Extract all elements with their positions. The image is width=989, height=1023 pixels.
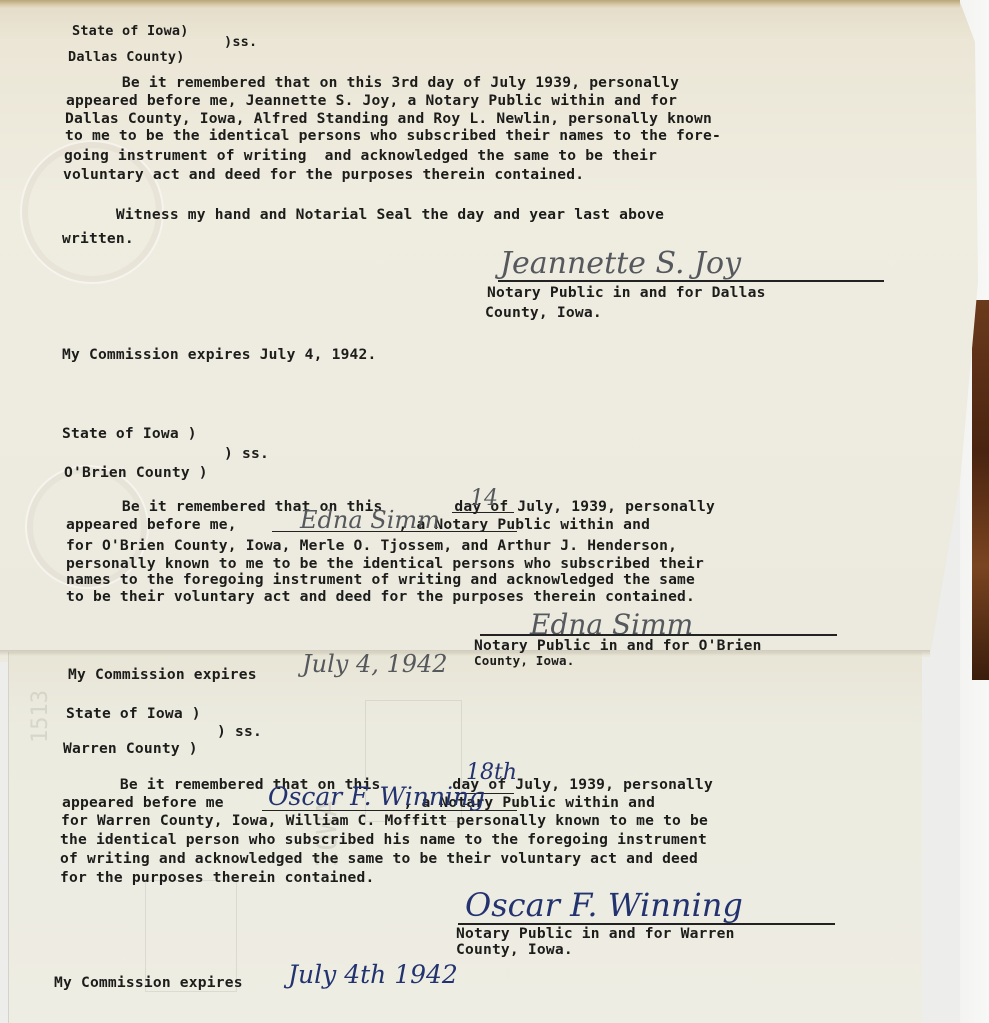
body-line: going instrument of writing and acknowle… <box>64 147 657 165</box>
body-line: names to the foregoing instrument of wri… <box>66 571 695 589</box>
body-line: appeared before me, Jeannette S. Joy, a … <box>66 92 677 110</box>
witness-line: written. <box>62 230 134 248</box>
notary-signature: Oscar F. Winning <box>465 886 743 924</box>
body-line: of writing and acknowledged the same to … <box>60 850 698 868</box>
handwritten-day: 14 <box>470 486 498 511</box>
body-line: Dallas County, Iowa, Alfred Standing and… <box>65 110 712 128</box>
body-line: Be it remembered that on this 3rd day of… <box>68 74 679 92</box>
notary-title: County, Iowa. <box>456 941 573 959</box>
bleed-through-stamp: 1513 <box>28 690 53 743</box>
body-line: for Warren County, Iowa, William C. Moff… <box>61 812 708 830</box>
body-line: for O'Brien County, Iowa, Merle O. Tjoss… <box>66 537 677 555</box>
commission-label: My Commission expires <box>68 666 257 684</box>
body-line: to be their voluntary act and deed for t… <box>66 588 695 606</box>
handwritten-notary-name: Oscar F. Winning <box>268 782 485 811</box>
venue-state: State of Iowa) <box>72 22 189 40</box>
body-line: to me to be the identical persons who su… <box>65 127 721 145</box>
commission-label: My Commission expires <box>54 974 243 992</box>
notary-title: Notary Public in and for Dallas <box>487 284 766 302</box>
blank-line-day <box>452 512 514 513</box>
handwritten-commission-date: July 4th 1942 <box>288 960 458 989</box>
venue-county: Dallas County) <box>68 48 185 66</box>
page-top-edge <box>0 0 960 8</box>
signature-line <box>480 634 837 636</box>
notary-title: County, Iowa. <box>485 304 602 322</box>
venue-ss: )ss. <box>224 33 257 51</box>
venue-county: O'Brien County ) <box>64 464 208 482</box>
body-line: the identical person who subscribed his … <box>60 831 707 849</box>
page-fold-shadow <box>0 650 930 656</box>
venue-ss: ) ss. <box>217 723 262 741</box>
body-line: voluntary act and deed for the purposes … <box>63 166 584 184</box>
venue-state: State of Iowa ) <box>66 705 201 723</box>
venue-state: State of Iowa ) <box>62 425 197 443</box>
witness-line: Witness my hand and Notarial Seal the da… <box>62 206 664 224</box>
handwritten-notary-name: Edna Simm <box>300 506 440 534</box>
body-line: for the purposes therein contained. <box>60 869 375 887</box>
wooden-table-edge <box>972 300 989 680</box>
notary-signature: Jeannette S. Joy <box>500 246 741 281</box>
notary-title: County, Iowa. <box>474 652 574 670</box>
venue-county: Warren County ) <box>63 740 198 758</box>
commission-expiry: My Commission expires July 4, 1942. <box>62 346 377 364</box>
signature-line <box>498 280 884 282</box>
handwritten-commission-date: July 4, 1942 <box>302 650 448 678</box>
venue-ss: ) ss. <box>224 445 269 463</box>
